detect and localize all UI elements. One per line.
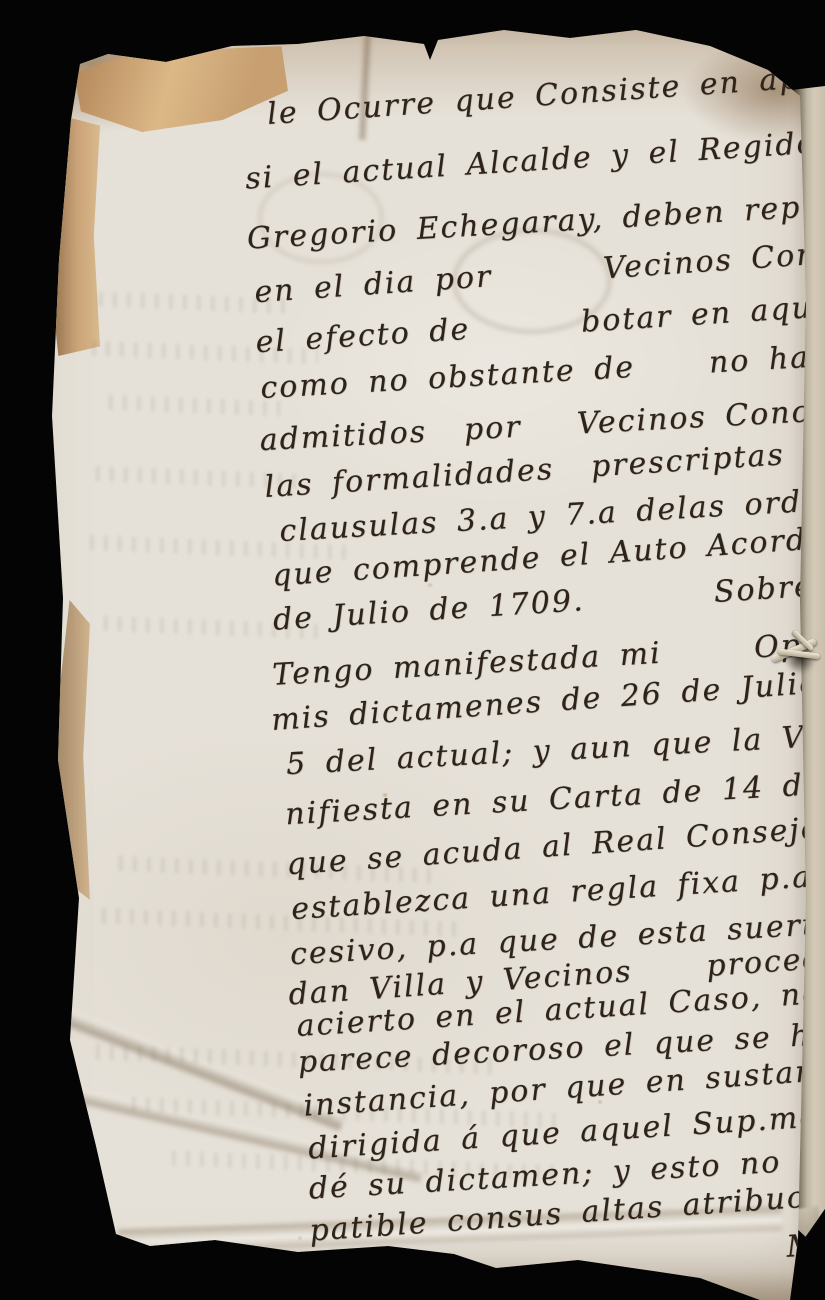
manuscript-page: le Ocurre que Consiste en apurasi el act…: [0, 0, 825, 1300]
torn-edge-left-lower: [56, 600, 90, 900]
bleedthrough-mark: [105, 395, 280, 417]
binding-thread: [768, 620, 825, 682]
manuscript-line: le Ocurre que Consiste en apura: [266, 53, 825, 137]
manuscript-text-block: le Ocurre que Consiste en apurasi el act…: [236, 50, 825, 1300]
manuscript-photo: le Ocurre que Consiste en apurasi el act…: [0, 0, 825, 1300]
torn-edge-left-upper: [48, 116, 100, 356]
